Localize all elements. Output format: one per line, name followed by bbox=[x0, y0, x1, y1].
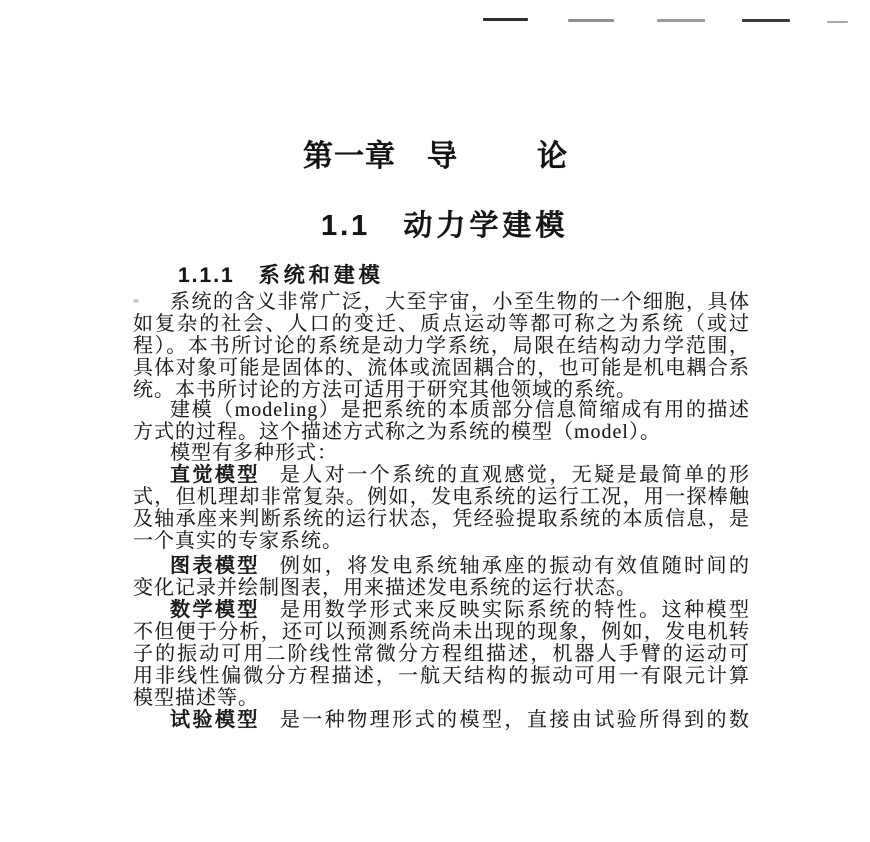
text-run: 如复杂的社会、人口的变迁、质点运动等都可称之为系统（或过 bbox=[133, 313, 750, 335]
text-run: 具体对象可能是固体的、流体或流固耦合的，也可能是机电耦合系 bbox=[133, 357, 750, 379]
scan-artifact-rule bbox=[742, 19, 790, 22]
chapter-title: 第一章导论 bbox=[303, 142, 567, 172]
paragraph-system-definition: 系统的含义非常广泛，大至宇宙，小至生物的一个细胞，具体如复杂的社会、人口的变迁、… bbox=[133, 291, 750, 401]
text-line: 建模（modeling）是把系统的本质部分信息简缩成有用的描述 bbox=[133, 399, 750, 421]
chapter-number: 第一章 bbox=[303, 140, 396, 173]
text-run: 是人对一个系统的直观感觉，无疑是最简单的形 bbox=[280, 464, 750, 486]
text-run: 及轴承座来判断系统的运行状态，凭经验提取系统的本质信息，是 bbox=[133, 508, 750, 530]
text-run: 子的振动可用二阶线性常微分方程组描述，机器人手臂的运动可 bbox=[133, 643, 750, 665]
paragraph-chart-model: 图表模型例如，将发电系统轴承座的振动有效值随时间的变化记录并绘制图表，用来描述发… bbox=[133, 555, 750, 599]
text-run: 程）。本书所讨论的系统是动力学系统，局限在结构动力学范围， bbox=[133, 335, 750, 357]
text-line: 模型描述等。 bbox=[133, 687, 750, 709]
text-run: 一个真实的专家系统。 bbox=[133, 530, 343, 552]
text-line: 程）。本书所讨论的系统是动力学系统，局限在结构动力学范围， bbox=[133, 335, 750, 357]
model-type-label: 数学模型 bbox=[170, 599, 260, 621]
paragraph-modeling-definition: 建模（modeling）是把系统的本质部分信息简缩成有用的描述方式的过程。这个描… bbox=[133, 399, 750, 443]
text-line: 用非线性偏微分方程描述，一航天结构的振动可用一有限元计算 bbox=[133, 665, 750, 687]
scan-artifact-rule bbox=[483, 18, 528, 21]
text-run: 用非线性偏微分方程描述，一航天结构的振动可用一有限元计算 bbox=[133, 665, 750, 687]
text-line: 方式的过程。这个描述方式称之为系统的模型（model）。 bbox=[133, 421, 750, 443]
text-line: 变化记录并绘制图表，用来描述发电系统的运行状态。 bbox=[133, 577, 750, 599]
text-line: 试验模型是一种物理形式的模型，直接由试验所得到的数 bbox=[133, 709, 750, 731]
text-line: 子的振动可用二阶线性常微分方程组描述，机器人手臂的运动可 bbox=[133, 643, 750, 665]
text-run: 式，但机理却非常复杂。例如，发电系统的运行工况，用一探棒触 bbox=[133, 486, 750, 508]
text-line: 图表模型例如，将发电系统轴承座的振动有效值随时间的 bbox=[133, 555, 750, 577]
text-line: 不但便于分析，还可以预测系统尚未出现的现象，例如，发电机转 bbox=[133, 621, 750, 643]
text-run: 不但便于分析，还可以预测系统尚未出现的现象，例如，发电机转 bbox=[133, 621, 750, 643]
scan-artifact-rule bbox=[657, 19, 705, 22]
text-run: 模型描述等。 bbox=[133, 687, 259, 709]
model-type-label: 图表模型 bbox=[170, 555, 260, 577]
text-run: 统。本书所讨论的方法可适用于研究其他领域的系统。 bbox=[133, 379, 637, 401]
text-line: 数学模型是用数学形式来反映实际系统的特性。这种模型 bbox=[133, 599, 750, 621]
text-run: 系统的含义非常广泛，大至宇宙，小至生物的一个细胞，具体 bbox=[170, 291, 750, 313]
text-line: 统。本书所讨论的方法可适用于研究其他领域的系统。 bbox=[133, 379, 750, 401]
paragraph-experimental-model: 试验模型是一种物理形式的模型，直接由试验所得到的数 bbox=[133, 709, 750, 731]
text-run: 变化记录并绘制图表，用来描述发电系统的运行状态。 bbox=[133, 577, 637, 599]
model-type-label: 直觉模型 bbox=[170, 464, 260, 486]
text-line: 具体对象可能是固体的、流体或流固耦合的，也可能是机电耦合系 bbox=[133, 357, 750, 379]
scan-artifact-rule bbox=[568, 19, 614, 22]
text-line: 及轴承座来判断系统的运行状态，凭经验提取系统的本质信息，是 bbox=[133, 508, 750, 530]
scanned-book-page: 第一章导论 1.1动力学建模 1.1.1系统和建模 系统的含义非常广泛，大至宇宙… bbox=[0, 0, 870, 842]
text-line: 模型有多种形式： bbox=[133, 442, 750, 464]
subsection-title: 1.1.1系统和建模 bbox=[178, 265, 384, 286]
paragraph-model-forms: 模型有多种形式： bbox=[133, 442, 750, 464]
text-run: 方式的过程。这个描述方式称之为系统的模型（model）。 bbox=[133, 421, 661, 443]
text-run: 建模（modeling）是把系统的本质部分信息简缩成有用的描述 bbox=[170, 399, 750, 421]
text-line: 系统的含义非常广泛，大至宇宙，小至生物的一个细胞，具体 bbox=[133, 291, 750, 313]
paragraph-intuitive-model: 直觉模型是人对一个系统的直观感觉，无疑是最简单的形式，但机理却非常复杂。例如，发… bbox=[133, 464, 750, 552]
text-line: 如复杂的社会、人口的变迁、质点运动等都可称之为系统（或过 bbox=[133, 313, 750, 335]
paragraph-math-model: 数学模型是用数学形式来反映实际系统的特性。这种模型不但便于分析，还可以预测系统尚… bbox=[133, 599, 750, 709]
text-run: 模型有多种形式： bbox=[170, 442, 338, 464]
chapter-title-word: 导 bbox=[427, 140, 457, 173]
text-line: 一个真实的专家系统。 bbox=[133, 530, 750, 552]
text-run: 是一种物理形式的模型，直接由试验所得到的数 bbox=[280, 709, 750, 731]
subsection-title-text: 系统和建模 bbox=[259, 264, 384, 287]
text-run: 是用数学形式来反映实际系统的特性。这种模型 bbox=[280, 599, 750, 621]
scan-artifact-rule bbox=[827, 21, 848, 23]
model-type-label: 试验模型 bbox=[170, 709, 260, 731]
section-title: 1.1动力学建模 bbox=[321, 212, 568, 241]
chapter-title-word: 论 bbox=[537, 140, 567, 173]
text-run: 例如，将发电系统轴承座的振动有效值随时间的 bbox=[280, 555, 750, 577]
text-line: 直觉模型是人对一个系统的直观感觉，无疑是最简单的形 bbox=[133, 464, 750, 486]
subsection-number: 1.1.1 bbox=[178, 264, 235, 287]
text-line: 式，但机理却非常复杂。例如，发电系统的运行工况，用一探棒触 bbox=[133, 486, 750, 508]
section-title-text: 动力学建模 bbox=[403, 210, 568, 242]
section-number: 1.1 bbox=[321, 210, 370, 242]
